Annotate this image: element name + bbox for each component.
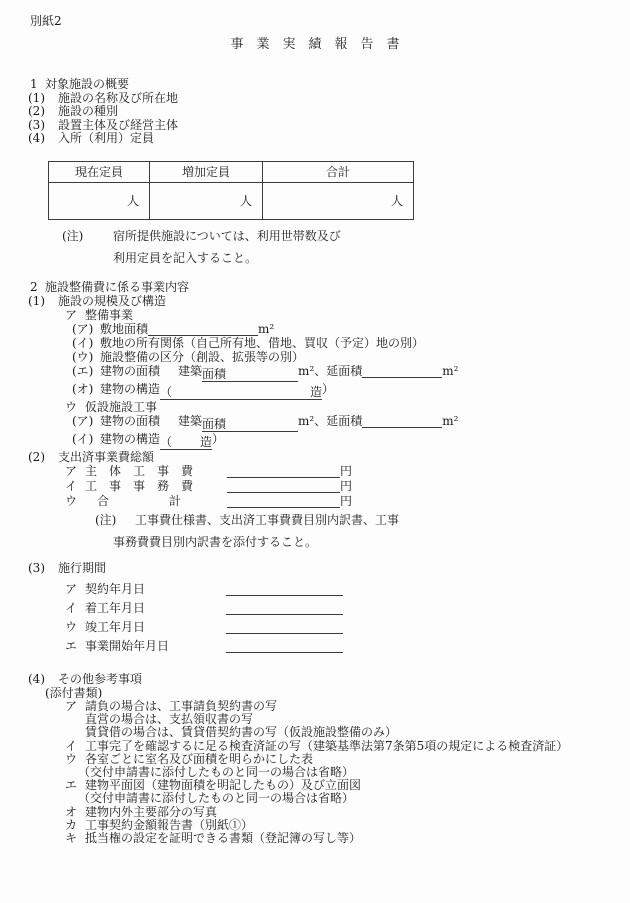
kana-number: ア — [65, 580, 85, 599]
schedule-row-completion: ウ竣工年月日 — [0, 618, 630, 637]
sub1-title: 施設の規模及び構造 — [58, 294, 166, 308]
cost-label: 主 体 工 事 費 — [85, 464, 227, 479]
attachment-text: 請負の場合は、工事請負契約書の写 — [85, 699, 277, 713]
paren-open: （ — [160, 385, 172, 399]
field-label: 敷地面積 — [100, 322, 148, 336]
note-label: (注) — [95, 509, 135, 531]
item-text: 施設の名称及び所在地 — [58, 91, 178, 105]
item-text: 設置主体及び経営主体 — [58, 118, 178, 132]
kana-number: エ — [65, 637, 85, 656]
capacity-table-header-row: 現在定員 増加定員 合計 — [49, 161, 414, 182]
capacity-header-increase: 増加定員 — [150, 161, 263, 182]
kana-number: イ — [65, 479, 85, 494]
form-line-structure: (オ)建物の構造（造） — [0, 382, 630, 400]
form-line-site-ownership: (イ)敷地の所有関係（自己所有地、借地、買収（予定）地の別） — [0, 336, 630, 350]
section2-number: 2 — [30, 280, 45, 294]
note-text: 宿所提供施設については、利用世帯数及び — [113, 229, 341, 243]
cost-row-main-works: ア主 体 工 事 費円 — [0, 464, 630, 479]
section2-title: 施設整備費に係る事業内容 — [45, 280, 189, 294]
section1-number: 1 — [30, 78, 45, 92]
note-line: (注)工事費仕様書、支出済工事費費目別内訳書、工事 — [95, 509, 630, 531]
field-label: 面積 — [202, 417, 226, 431]
kana-number: ア — [65, 308, 85, 322]
sub3-number: (3) — [28, 562, 58, 576]
section2-heading: 2施設整備費に係る事業内容 — [0, 280, 630, 294]
form-line-site-area: (ア)敷地面積m² — [0, 322, 630, 336]
attachment-text: 建物内外主要部分の写真 — [85, 805, 217, 819]
sub1-heading: (1)施設の規模及び構造 — [0, 294, 630, 308]
section1-heading: 1対象施設の概要 — [0, 78, 630, 92]
blank-underline: 面積 — [202, 367, 298, 382]
paren-close: ） — [212, 432, 224, 446]
list-item: (4)入所（利用）定員 — [0, 132, 630, 146]
blank-underline — [148, 322, 258, 336]
date-label: 竣工年月日 — [85, 618, 226, 637]
structure-word: 造 — [310, 385, 322, 399]
cost-label: 合 計 — [85, 494, 227, 509]
list-item: (1)施設の名称及び所在地 — [0, 92, 630, 106]
field-label: 延面積 — [326, 364, 362, 378]
kana-paren-number: (イ) — [72, 336, 100, 350]
sub1-c-heading: ウ仮設施設工事 — [0, 400, 630, 414]
unit-label: 円 — [340, 494, 352, 508]
paren-open: （ — [160, 435, 172, 449]
unit-label: m²、 — [298, 364, 326, 378]
blank-underline — [226, 620, 343, 634]
sub2-number: (2) — [28, 450, 58, 464]
sub2-title: 支出済事業費総額 — [58, 450, 154, 464]
section1-title: 対象施設の概要 — [45, 77, 129, 91]
capacity-cell-increase: 人 — [150, 182, 263, 219]
blank-underline — [226, 582, 343, 596]
sub4-number: (4) — [28, 673, 58, 687]
attachment-item: キ抵当権の設定を証明できる書類（登記簿の写し等） — [0, 832, 630, 845]
list-item: (3)設置主体及び経営主体 — [0, 119, 630, 133]
blank-underline — [226, 601, 343, 615]
field-label: 延面積 — [326, 414, 362, 428]
kana-number: キ — [65, 832, 85, 845]
blank-underline — [227, 479, 340, 493]
kana-number: ウ — [65, 618, 85, 637]
sub1-a-title: 整備事業 — [85, 308, 133, 322]
capacity-header-total: 合計 — [263, 161, 414, 182]
kana-paren-number: (ウ) — [72, 350, 100, 364]
sub1-c-title: 仮設施設工事 — [85, 400, 157, 414]
capacity-table-value-row: 人 人 人 — [49, 182, 414, 219]
note-label: (注) — [62, 225, 113, 247]
kana-number: イ — [65, 599, 85, 618]
sub4-heading: (4)その他参考事項 — [0, 673, 630, 687]
form-line-category: (ウ)施設整備の区分（創設、拡張等の別） — [0, 350, 630, 364]
schedule-rows: ア契約年月日 イ着工年月日 ウ竣工年月日 エ事業開始年月日 — [0, 580, 630, 656]
sub4-title: その他参考事項 — [58, 672, 142, 686]
kana-number: ウ — [65, 494, 85, 509]
form-line-building-area: (エ)建物の面積建築面積m²、延面積m² — [0, 364, 630, 382]
kana-number: ア — [65, 464, 85, 479]
capacity-cell-current: 人 — [49, 182, 150, 219]
field-label: 面積 — [202, 367, 226, 381]
blank-underline — [226, 639, 343, 653]
field-label: 建築 — [178, 364, 202, 378]
sub1-number: (1) — [28, 294, 58, 308]
date-label: 着工年月日 — [85, 599, 226, 618]
note-line: (注)宿所提供施設については、利用世帯数及び — [62, 225, 630, 247]
note-line: 利用定員を記入すること。 — [62, 247, 630, 269]
kana-number: ア — [65, 700, 85, 713]
kana-number: イ — [65, 740, 85, 753]
capacity-cell-total: 人 — [263, 182, 414, 219]
kana-number: ウ — [65, 400, 85, 414]
unit-label: 円 — [340, 479, 352, 493]
structure-word: 造 — [200, 435, 212, 449]
sub3-title: 施行期間 — [58, 561, 106, 575]
kana-paren-number: (エ) — [72, 364, 100, 378]
paren-close: ） — [322, 382, 334, 396]
kana-paren-number: (ア) — [72, 414, 100, 428]
form-line-temp-structure: (イ)建物の構造（造） — [0, 432, 630, 450]
document-title: 事 業 実 績 報 告 書 — [0, 38, 630, 52]
date-label: 事業開始年月日 — [85, 637, 226, 656]
unit-label: m² — [442, 414, 458, 428]
field-label: 建物の構造 — [100, 432, 160, 446]
note-text: 工事費仕様書、支出済工事費費目別内訳書、工事 — [135, 513, 399, 527]
item-number: (3) — [28, 119, 58, 133]
kana-paren-number: (オ) — [72, 382, 100, 396]
cost-note: (注)工事費仕様書、支出済工事費費目別内訳書、工事 事務費費目別内訳書を添付する… — [95, 509, 630, 553]
field-label: 建物の面積 — [100, 364, 160, 378]
date-label: 契約年月日 — [85, 580, 226, 599]
field-label: 建築 — [178, 414, 202, 428]
blank-underline — [227, 494, 340, 508]
item-number: (4) — [28, 132, 58, 146]
attachments-label: (添付書類) — [0, 687, 630, 701]
cost-row-total: ウ 合 計円 — [0, 494, 630, 509]
schedule-row-contract: ア契約年月日 — [0, 580, 630, 599]
capacity-header-current: 現在定員 — [49, 161, 150, 182]
capacity-table: 現在定員 増加定員 合計 人 人 人 — [48, 161, 414, 220]
field-label: 施設整備の区分（創設、拡張等の別） — [100, 350, 304, 364]
sub1-a-heading: ア整備事業 — [0, 308, 630, 322]
cost-row-admin: イ工 事 事 務 費円 — [0, 479, 630, 494]
blank-underline — [362, 364, 442, 378]
attachment-text: 工事契約金額報告書（別紙①） — [85, 818, 253, 832]
field-label: 建物の面積 — [100, 414, 160, 428]
blank-underline: （造 — [160, 385, 322, 400]
cost-label: 工 事 事 務 費 — [85, 479, 227, 494]
blank-underline — [362, 414, 442, 428]
kana-number: オ — [65, 806, 85, 819]
kana-paren-number: (ア) — [72, 322, 100, 336]
report-document-page: 別紙2 事 業 実 績 報 告 書 1対象施設の概要 (1)施設の名称及び所在地… — [0, 0, 630, 903]
form-line-temp-building-area: (ア)建物の面積建築面積m²、延面積m² — [0, 414, 630, 432]
item-text: 入所（利用）定員 — [58, 131, 154, 145]
schedule-row-business-start: エ事業開始年月日 — [0, 637, 630, 656]
attachment-text: 工事完了を確認するに足る検査済証の写（建築基準法第7条第5項の規定による検査済証… — [85, 739, 568, 753]
kana-paren-number: (イ) — [72, 432, 100, 446]
attachment-text: 抵当権の設定を証明できる書類（登記簿の写し等） — [85, 831, 361, 845]
unit-label: 円 — [340, 464, 352, 478]
attachment-text: 各室ごとに室名及び面積を明らかにした表 — [85, 752, 313, 766]
item-number: (2) — [28, 105, 58, 119]
blank-underline — [227, 464, 340, 478]
capacity-note: (注)宿所提供施設については、利用世帯数及び 利用定員を記入すること。 — [62, 225, 630, 269]
sub2-heading: (2)支出済事業費総額 — [0, 450, 630, 464]
list-item: (2)施設の種別 — [0, 105, 630, 119]
attachment-number-label: 別紙2 — [30, 14, 630, 28]
item-text: 施設の種別 — [58, 104, 118, 118]
field-label: 敷地の所有関係（自己所有地、借地、買収（予定）地の別） — [100, 336, 424, 350]
field-label: 建物の構造 — [100, 382, 160, 396]
unit-label: m² — [258, 322, 274, 336]
note-line: 事務費費目別内訳書を添付すること。 — [95, 531, 630, 553]
sub3-heading: (3)施行期間 — [0, 562, 630, 576]
blank-underline: （造 — [160, 435, 212, 450]
schedule-row-start: イ着工年月日 — [0, 599, 630, 618]
item-number: (1) — [28, 92, 58, 106]
unit-label: m²、 — [298, 414, 326, 428]
blank-underline: 面積 — [202, 417, 298, 432]
unit-label: m² — [442, 364, 458, 378]
